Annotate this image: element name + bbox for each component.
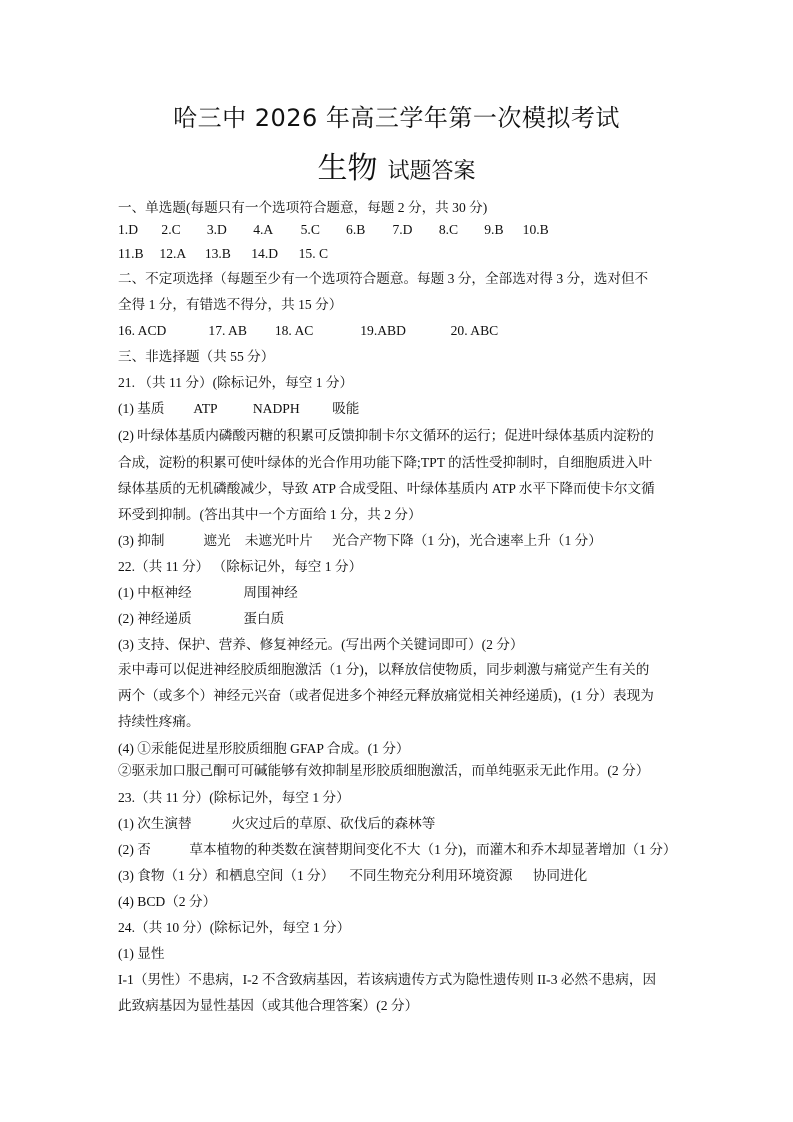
q24-part1-line1: I-1（男性）不患病，I-2 不含致病基因，若该病遗传方式为隐性遗传则 II-3… — [118, 971, 656, 989]
section3-header: 三、非选择题（共 55 分） — [118, 348, 274, 366]
answer-item: ATP — [193, 400, 249, 418]
answer-item: 光合产物下降（1 分)，光合速率上升（1 分） — [332, 532, 602, 550]
q22-part4-2: ②驱汞加口服己酮可可碱能够有效抑制星形胶质细胞激活，而单纯驱汞无此作用。(2 分… — [118, 762, 649, 780]
q22-part4-1: (4) ①汞能促进星形胶质细胞 GFAP 合成。(1 分） — [118, 740, 410, 758]
q21-part2-line4: 环受到抑制。(答出其中一个方面给 1 分，共 2 分） — [118, 506, 422, 524]
answer-key-page: 哈三中 2026 年高三学年第一次模拟考试 生物试题答案 一、单选题(每题只有一… — [0, 0, 793, 1122]
answer-item: (3) 抑制 — [118, 532, 200, 550]
document-title: 哈三中 2026 年高三学年第一次模拟考试 — [0, 98, 793, 133]
q24-part1-line2: 此致病基因为显性基因（或其他合理答案）(2 分） — [118, 997, 418, 1015]
answer-item: 周围神经 — [243, 584, 297, 602]
answer-item: 未遮光叶片 — [245, 532, 329, 550]
answer-item: 7.D — [392, 221, 435, 239]
answer-item: 吸能 — [332, 400, 359, 418]
answer-item: 16. ACD — [118, 322, 205, 340]
subject-label: 生物 — [317, 151, 377, 186]
answer-item: 20. ABC — [451, 322, 499, 340]
q21-part2-line3: 绿体基质的无机磷酸减少，导致 ATP 合成受阻、叶绿体基质内 ATP 水平下降而… — [118, 480, 655, 498]
q24-part1: (1) 显性 — [118, 945, 164, 963]
q22-part3: (3) 支持、保护、营养、修复神经元。(写出两个关键词即可）(2 分） — [118, 636, 524, 654]
answer-item: 12.A — [159, 245, 201, 263]
section1-answers-row1: 1.D 2.C 3.D 4.A 5.C 6.B 7.D 8.C 9.B 10.B — [118, 221, 549, 239]
answer-item: 15. C — [299, 245, 328, 263]
answer-item: 5.C — [301, 221, 343, 239]
answer-item: (1) 基质 — [118, 400, 190, 418]
answer-item: 17. AB — [208, 322, 271, 340]
section2-header-line1: 二、不定项选择（每题至少有一个选项符合题意。每题 3 分，全部选对得 3 分，选… — [118, 270, 648, 288]
answer-item: (1) 中枢神经 — [118, 584, 240, 602]
q21-part2-line2: 合成，淀粉的积累可使叶绿体的光合作用功能下降;TPT 的活性受抑制时，自细胞质进… — [118, 454, 652, 472]
answer-item: 不同生物充分利用环境资源 — [349, 867, 529, 885]
answer-item: 9.B — [484, 221, 519, 239]
subtitle-label: 试题答案 — [387, 159, 475, 184]
section1-header: 一、单选题(每题只有一个选项符合题意，每题 2 分，共 30 分) — [118, 199, 487, 217]
q23-part1: (1) 次生演替 火灾过后的草原、砍伐后的森林等 — [118, 815, 435, 833]
q21-part1: (1) 基质 ATP NADPH 吸能 — [118, 400, 359, 418]
q22-header: 22.（共 11 分） （除标记外，每空 1 分） — [118, 558, 362, 576]
answer-item: 火灾过后的草原、砍伐后的森林等 — [231, 815, 435, 833]
answer-item: (1) 次生演替 — [118, 815, 228, 833]
answer-item: 14.D — [251, 245, 295, 263]
answer-item: 蛋白质 — [243, 610, 284, 628]
answer-item: 1.D — [118, 221, 158, 239]
answer-item: 19.ABD — [360, 322, 447, 340]
answer-item: 草本植物的种类数在演替期间变化不大（1 分)，而灌木和乔木却显著增加（1 分） — [189, 841, 676, 859]
answer-item: 3.D — [207, 221, 250, 239]
section2-answers: 16. ACD 17. AB 18. AC 19.ABD 20. ABC — [118, 322, 498, 340]
section2-header-line2: 全得 1 分，有错选不得分，共 15 分） — [118, 296, 342, 314]
answer-item: 遮光 — [203, 532, 241, 550]
q21-part3: (3) 抑制 遮光 未遮光叶片 光合产物下降（1 分)，光合速率上升（1 分） — [118, 532, 602, 550]
answer-item: 11.B — [118, 245, 156, 263]
section1-answers-row2: 11.B 12.A 13.B 14.D 15. C — [118, 245, 328, 263]
document-subtitle: 生物试题答案 — [0, 143, 793, 187]
answer-item: 4.A — [253, 221, 297, 239]
q21-header: 21. （共 11 分）(除标记外，每空 1 分） — [118, 374, 353, 392]
answer-item: 13.B — [205, 245, 248, 263]
q23-part4: (4) BCD（2 分） — [118, 893, 216, 911]
q24-header: 24.（共 10 分）(除标记外，每空 1 分） — [118, 919, 350, 937]
answer-item: 8.C — [439, 221, 481, 239]
q23-part2: (2) 否 草本植物的种类数在演替期间变化不大（1 分)，而灌木和乔木却显著增加… — [118, 841, 677, 859]
answer-item: (2) 否 — [118, 841, 186, 859]
answer-item: 6.B — [346, 221, 389, 239]
q23-header: 23.（共 11 分）(除标记外，每空 1 分） — [118, 789, 350, 807]
answer-item: (2) 神经递质 — [118, 610, 240, 628]
q22-part3-line3: 持续性疼痛。 — [118, 713, 200, 731]
answer-item: NADPH — [253, 400, 329, 418]
answer-item: 18. AC — [275, 322, 357, 340]
answer-item: 协同进化 — [533, 867, 587, 885]
q22-part3-line1: 汞中毒可以促进神经胶质细胞激活（1 分)，以释放信使物质，同步刺激与痛觉产生有关… — [118, 661, 649, 679]
q23-part3: (3) 食物（1 分）和栖息空间（1 分） 不同生物充分利用环境资源 协同进化 — [118, 867, 587, 885]
answer-item: (3) 食物（1 分）和栖息空间（1 分） — [118, 867, 346, 885]
q22-part3-line2: 两个（或多个）神经元兴奋（或者促进多个神经元释放痛觉相关神经递质)，(1 分）表… — [118, 687, 654, 705]
q21-part2-line1: (2) 叶绿体基质内磷酸丙糖的积累可反馈抑制卡尔文循环的运行；促进叶绿体基质内淀… — [118, 427, 654, 445]
q22-part2: (2) 神经递质 蛋白质 — [118, 610, 284, 628]
answer-item: 10.B — [523, 221, 549, 239]
answer-item: 2.C — [161, 221, 203, 239]
q22-part1: (1) 中枢神经 周围神经 — [118, 584, 298, 602]
